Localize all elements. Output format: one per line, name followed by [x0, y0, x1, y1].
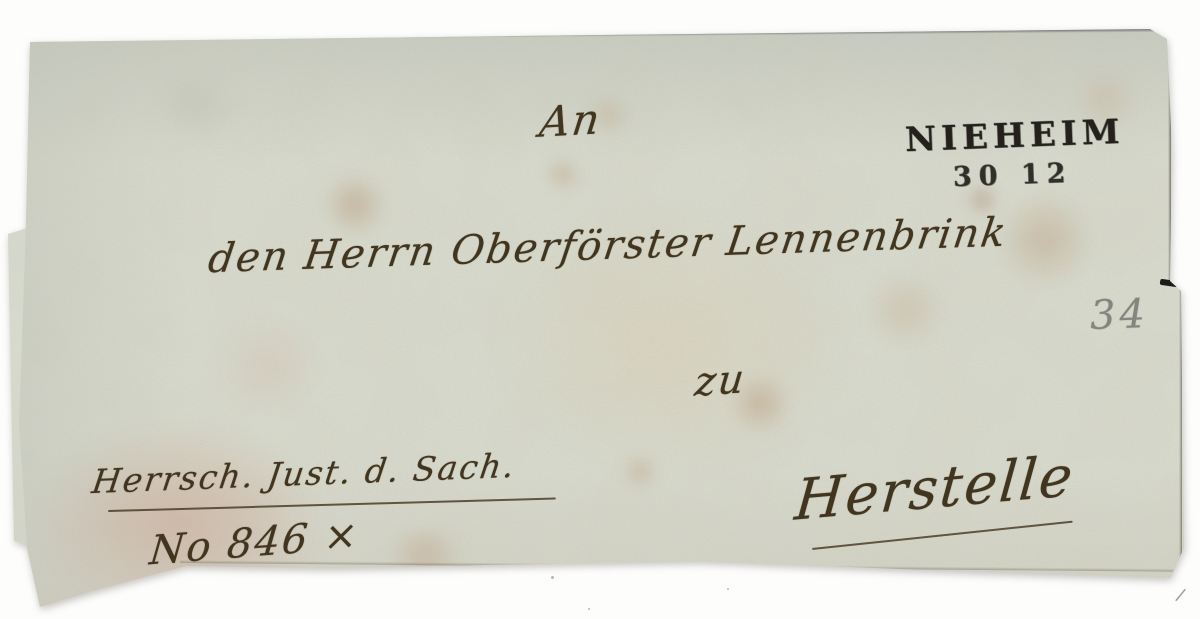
postmark-town-stamp: NIEHEIM [904, 112, 1125, 160]
scanned-letter-photo: NIEHEIM 30 12 An den Herrn Oberförster L… [0, 0, 1200, 619]
letter-sheet: NIEHEIM 30 12 An den Herrn Oberförster L… [0, 0, 1200, 619]
dust-speck [727, 588, 729, 590]
pencil-number: 34 [1089, 291, 1149, 339]
handwriting-preposition: zu [693, 356, 749, 406]
letter-sheet-group: NIEHEIM 30 12 An den Herrn Oberförster L… [0, 0, 1200, 619]
handwriting-salutation: An [537, 94, 604, 147]
postmark-date-stamp: 30 12 [952, 158, 1073, 193]
dust-speck [551, 576, 554, 579]
dust-speck [588, 608, 590, 610]
